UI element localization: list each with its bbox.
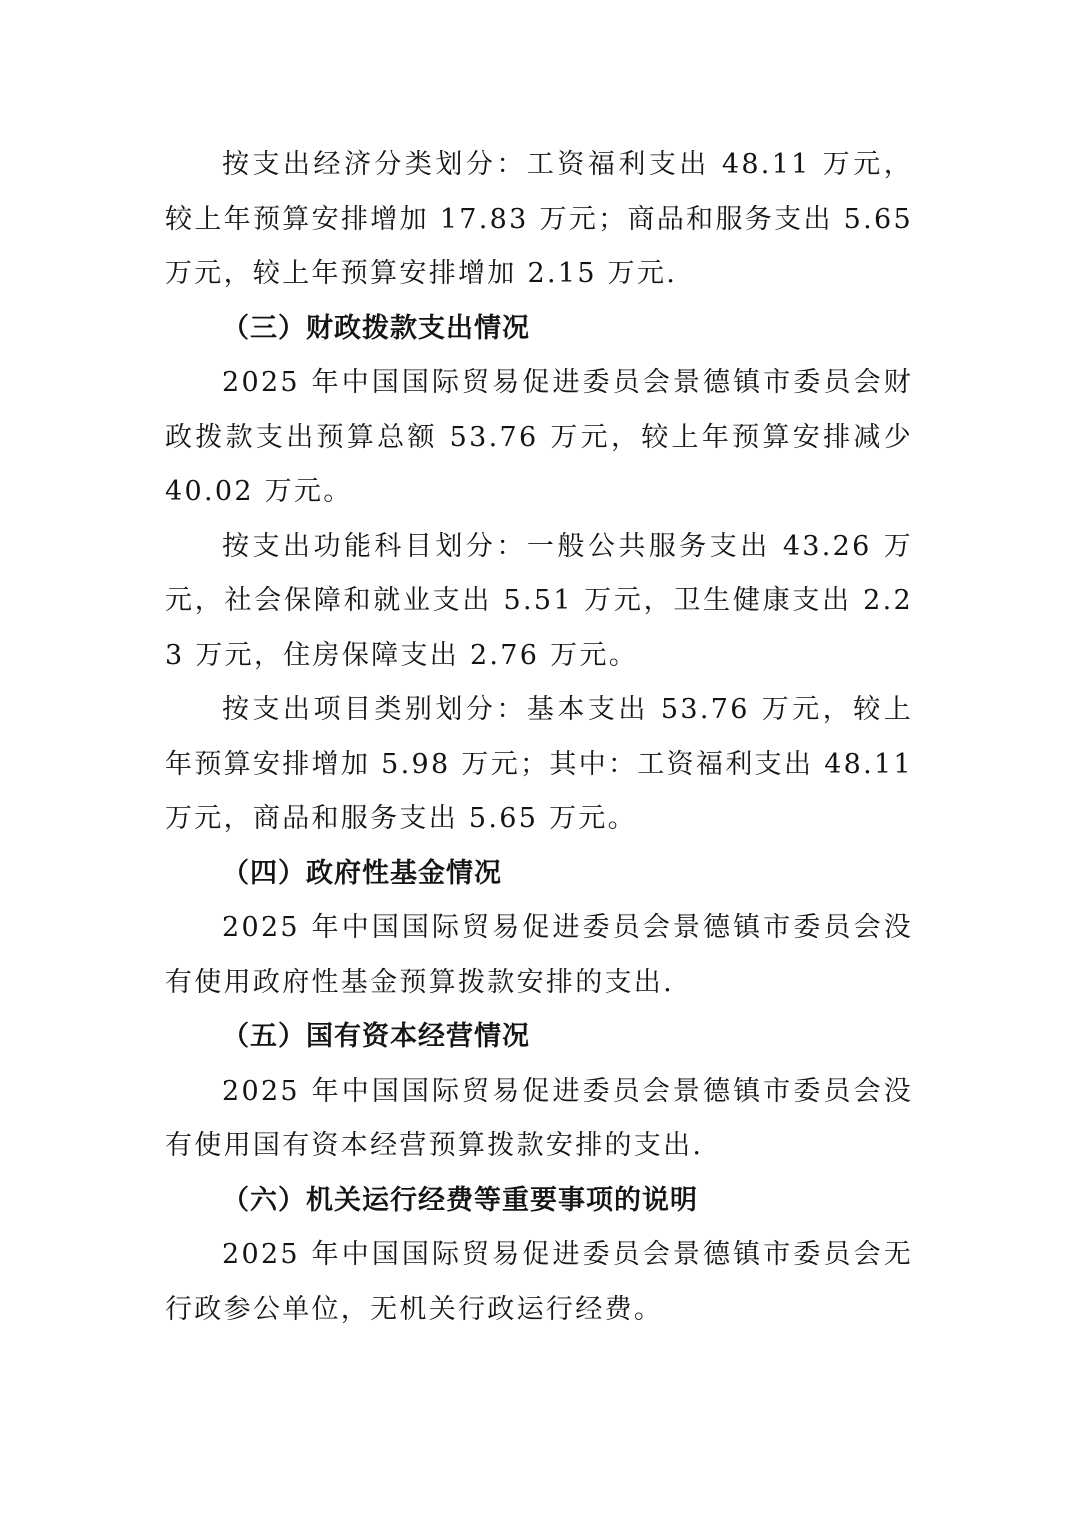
section-heading-operating-expenses: （六）机关运行经费等重要事项的说明 bbox=[165, 1174, 913, 1229]
paragraph-state-capital: 2025 年中国国际贸易促进委员会景德镇市委员会没有使用国有资本经营预算拨款安排… bbox=[165, 1065, 913, 1174]
paragraph-economic-classification: 按支出经济分类划分：工资福利支出 48.11 万元，较上年预算安排增加 17.8… bbox=[165, 138, 913, 302]
paragraph-operating-expenses: 2025 年中国国际贸易促进委员会景德镇市委员会无行政参公单位，无机关行政运行经… bbox=[165, 1228, 913, 1337]
section-heading-government-fund: （四）政府性基金情况 bbox=[165, 847, 913, 902]
paragraph-functional-classification: 按支出功能科目划分：一般公共服务支出 43.26 万元，社会保障和就业支出 5.… bbox=[165, 520, 913, 684]
paragraph-fiscal-total: 2025 年中国国际贸易促进委员会景德镇市委员会财政拨款支出预算总额 53.76… bbox=[165, 356, 913, 520]
section-heading-fiscal-expenditure: （三）财政拨款支出情况 bbox=[165, 302, 913, 357]
paragraph-project-classification: 按支出项目类别划分：基本支出 53.76 万元，较上年预算安排增加 5.98 万… bbox=[165, 683, 913, 847]
document-page: 按支出经济分类划分：工资福利支出 48.11 万元，较上年预算安排增加 17.8… bbox=[165, 138, 913, 1337]
section-heading-state-capital: （五）国有资本经营情况 bbox=[165, 1010, 913, 1065]
paragraph-government-fund: 2025 年中国国际贸易促进委员会景德镇市委员会没有使用政府性基金预算拨款安排的… bbox=[165, 901, 913, 1010]
